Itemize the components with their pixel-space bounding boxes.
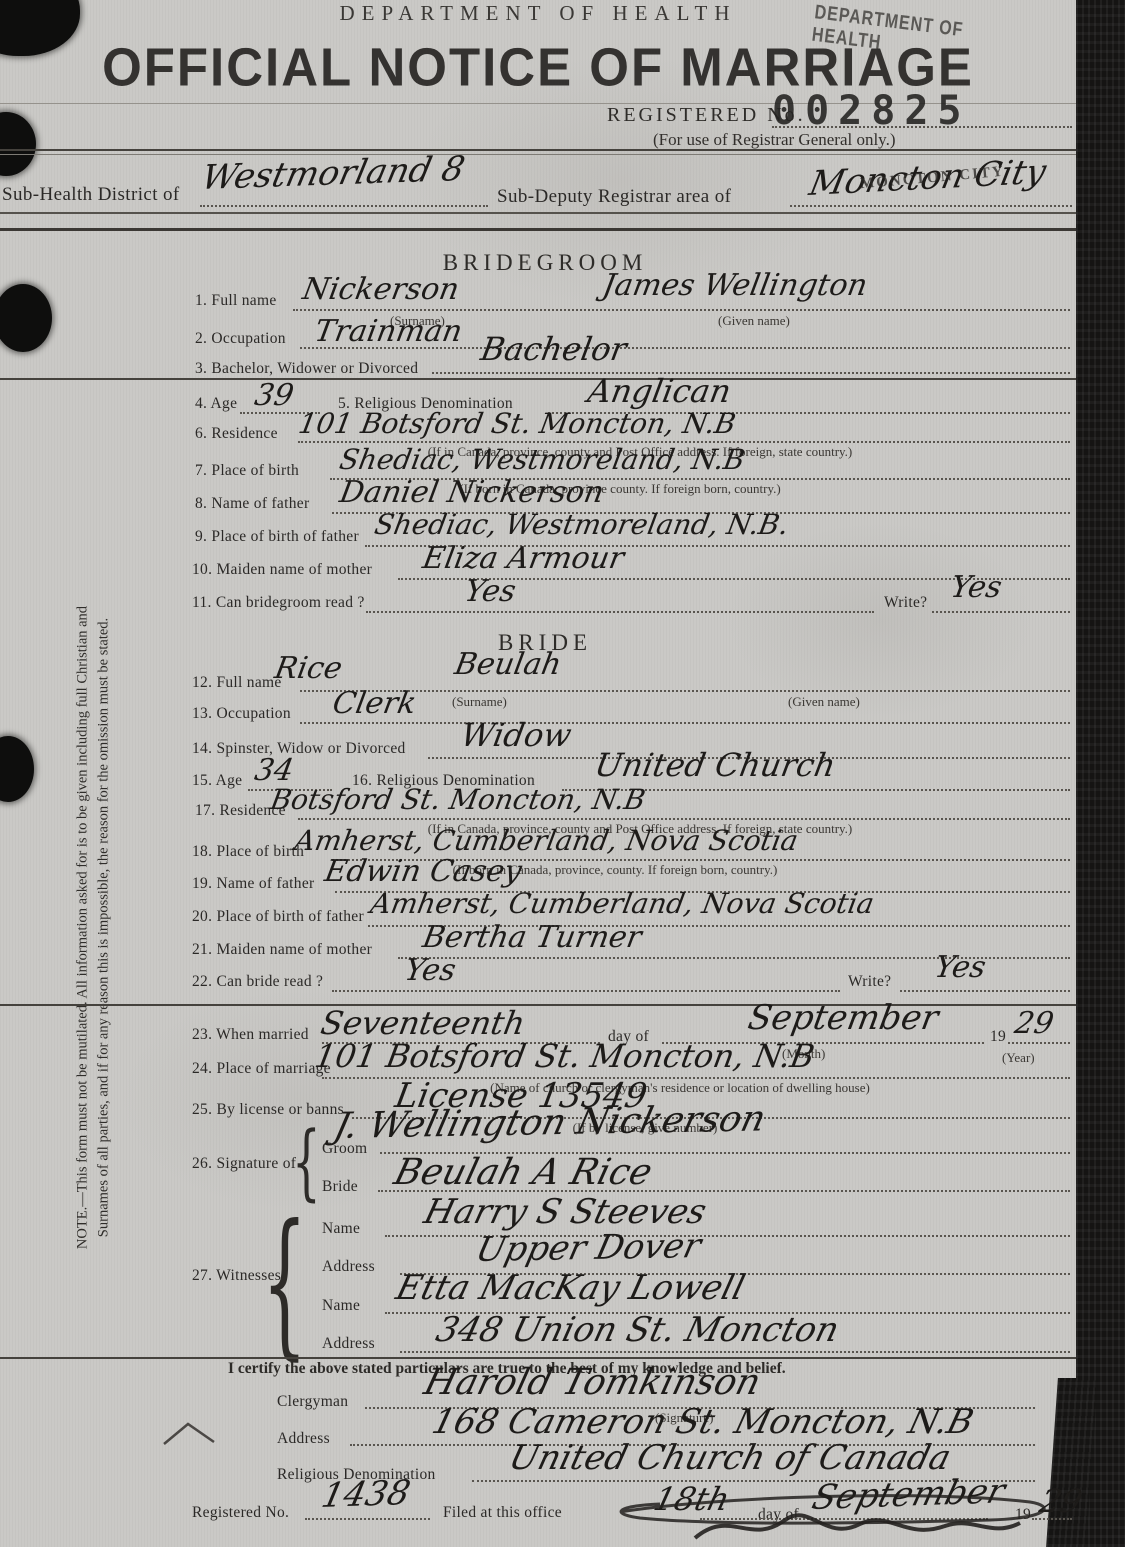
- groom-religion: Anglican: [585, 372, 734, 410]
- dotted-line: [332, 990, 840, 992]
- witness2-name: Etta MacKay Lowell: [392, 1268, 749, 1308]
- margin-note-line1: NOTE.—This form must not be mutilated. A…: [75, 478, 92, 1378]
- rule-line: [0, 212, 1076, 214]
- bride-birthplace: Amherst, Cumberland, Nova Scotia: [292, 824, 801, 857]
- witness-address-label: Address: [322, 1258, 375, 1276]
- bride-can-read: Yes: [402, 953, 459, 988]
- section-divider: [0, 1357, 1076, 1359]
- field-label: 8. Name of father: [195, 495, 309, 513]
- bridegroom-heading: BRIDEGROOM: [0, 250, 1090, 276]
- witness-name-label: Name: [322, 1297, 360, 1315]
- groom-can-write: Yes: [948, 570, 1005, 605]
- groom-father: Daniel Nickerson: [337, 475, 607, 510]
- surname-note: (Surname): [452, 694, 507, 710]
- registered-no-bottom-value: 1438: [318, 1473, 414, 1516]
- groom-occupation: Trainman: [312, 314, 465, 349]
- groom-signature: J. Wellington Nickerson: [330, 1099, 770, 1147]
- bride-label: Bride: [322, 1178, 358, 1196]
- dotted-line: [932, 611, 1070, 613]
- field-label: 7. Place of birth: [195, 462, 299, 480]
- field-label: 23. When married: [192, 1026, 309, 1044]
- field-label: 14. Spinster, Widow or Divorced: [192, 740, 406, 758]
- punch-hole: [0, 284, 52, 352]
- bride-mother: Bertha Turner: [420, 920, 644, 955]
- dotted-line: [900, 990, 1070, 992]
- bride-father-birthplace: Amherst, Cumberland, Nova Scotia: [368, 887, 877, 920]
- given-name-note: (Given name): [788, 694, 860, 710]
- clergyman-label: Clergyman: [277, 1393, 348, 1411]
- registered-no-stamp: 002825: [772, 88, 971, 134]
- bride-religion: United Church: [592, 746, 838, 784]
- field-label: 13. Occupation: [192, 705, 291, 723]
- bride-father: Edwin Casey: [322, 854, 524, 889]
- clergyman-address: 168 Cameron St. Moncton, N.B: [428, 1402, 978, 1442]
- witness-address-label: Address: [322, 1335, 375, 1353]
- dotted-line: [200, 205, 488, 207]
- witness-name-label: Name: [322, 1220, 360, 1238]
- registered-no-bottom-label: Registered No.: [192, 1504, 289, 1522]
- field-label: 2. Occupation: [195, 330, 286, 348]
- groom-given-name: James Wellington: [600, 268, 870, 303]
- filed-label: Filed at this office: [443, 1504, 562, 1522]
- dotted-line: [1008, 1042, 1070, 1044]
- field-label: 12. Full name: [192, 674, 282, 692]
- given-name-note: (Given name): [718, 313, 790, 329]
- sub-health-district-label: Sub-Health District of: [2, 184, 180, 206]
- bride-status: Widow: [458, 716, 574, 754]
- witnesses-brace: {: [262, 1204, 307, 1362]
- field-label: 19. Name of father: [192, 875, 314, 893]
- groom-father-birthplace: Shediac, Westmoreland, N.B.: [372, 508, 791, 541]
- margin-note-line2: Surnames of all parties, and if for any …: [96, 478, 113, 1378]
- field-label: 15. Age: [192, 772, 242, 790]
- witness1-address: Upper Dover: [472, 1226, 705, 1270]
- year-note: (Year): [1002, 1050, 1035, 1066]
- field-label: 10. Maiden name of mother: [192, 561, 372, 579]
- field-label: 9. Place of birth of father: [195, 528, 359, 546]
- field-label: Write?: [848, 973, 891, 991]
- groom-status: Bachelor: [478, 330, 630, 368]
- bride-given-name: Beulah: [452, 647, 564, 682]
- marriage-month: September: [745, 998, 941, 1038]
- field-label: Write?: [884, 594, 927, 612]
- clergyman-address-label: Address: [277, 1430, 330, 1448]
- groom-birthplace: Shediac, Westmoreland, N.B: [337, 443, 747, 476]
- field-label: 22. Can bride read ?: [192, 973, 323, 991]
- registrar-signature-scrawl: [600, 1468, 1070, 1547]
- sub-deputy-label: Sub-Deputy Registrar area of: [497, 186, 731, 208]
- punch-hole: [0, 112, 36, 176]
- bride-can-write: Yes: [932, 950, 989, 985]
- scan-edge: [1076, 0, 1125, 1547]
- registrar-note: (For use of Registrar General only.): [653, 130, 896, 150]
- marriage-notice-document: DEPARTMENT OF HEALTH DEPARTMENT OF HEALT…: [0, 0, 1125, 1547]
- section-divider: [0, 378, 1076, 380]
- bride-surname: Rice: [272, 651, 345, 686]
- bride-residence: Botsford St. Moncton, N.B: [268, 783, 648, 816]
- field-label: 26. Signature of: [192, 1155, 296, 1173]
- sub-health-district-value: Westmorland 8: [198, 149, 468, 198]
- dotted-line: [298, 818, 1070, 820]
- dotted-line: [400, 1351, 1070, 1353]
- groom-surname: Nickerson: [300, 272, 462, 307]
- dotted-line: [432, 372, 1070, 374]
- year-printed: 19: [990, 1028, 1006, 1046]
- field-label: 25. By license or banns: [192, 1101, 344, 1119]
- groom-age: 39: [252, 378, 296, 413]
- field-label: 4. Age: [195, 395, 237, 413]
- rule-line: [0, 149, 1076, 151]
- field-label: 24. Place of marriage: [192, 1060, 331, 1078]
- punch-hole: [0, 736, 34, 802]
- field-label: 18. Place of birth: [192, 843, 304, 861]
- field-label: 1. Full name: [195, 292, 277, 310]
- dotted-line: [305, 1518, 430, 1520]
- dotted-line: [366, 611, 874, 613]
- groom-can-read: Yes: [462, 574, 519, 609]
- dotted-line: [293, 309, 1070, 311]
- bride-occupation: Clerk: [330, 686, 419, 721]
- marriage-place: 101 Botsford St. Moncton, N.B: [312, 1037, 817, 1075]
- rule-line: [0, 228, 1076, 231]
- field-label: 20. Place of birth of father: [192, 908, 364, 926]
- dotted-line: [300, 722, 1070, 724]
- field-label: 11. Can bridegroom read ?: [192, 594, 365, 612]
- pencil-mark: [160, 1418, 220, 1448]
- groom-residence: 101 Botsford St. Moncton, N.B: [296, 407, 738, 440]
- groom-mother: Eliza Armour: [420, 541, 627, 576]
- field-label: 21. Maiden name of mother: [192, 941, 372, 959]
- witness2-address: 348 Union St. Moncton: [432, 1310, 843, 1350]
- clergyman-signature: Harold Tomkinson: [420, 1362, 765, 1403]
- bride-signature: Beulah A Rice: [390, 1152, 656, 1193]
- dotted-line: [790, 205, 1072, 207]
- rule-line: [0, 154, 1076, 155]
- field-label: 6. Residence: [195, 425, 278, 443]
- marriage-year: 29: [1012, 1006, 1056, 1041]
- field-label: 3. Bachelor, Widower or Divorced: [195, 360, 418, 378]
